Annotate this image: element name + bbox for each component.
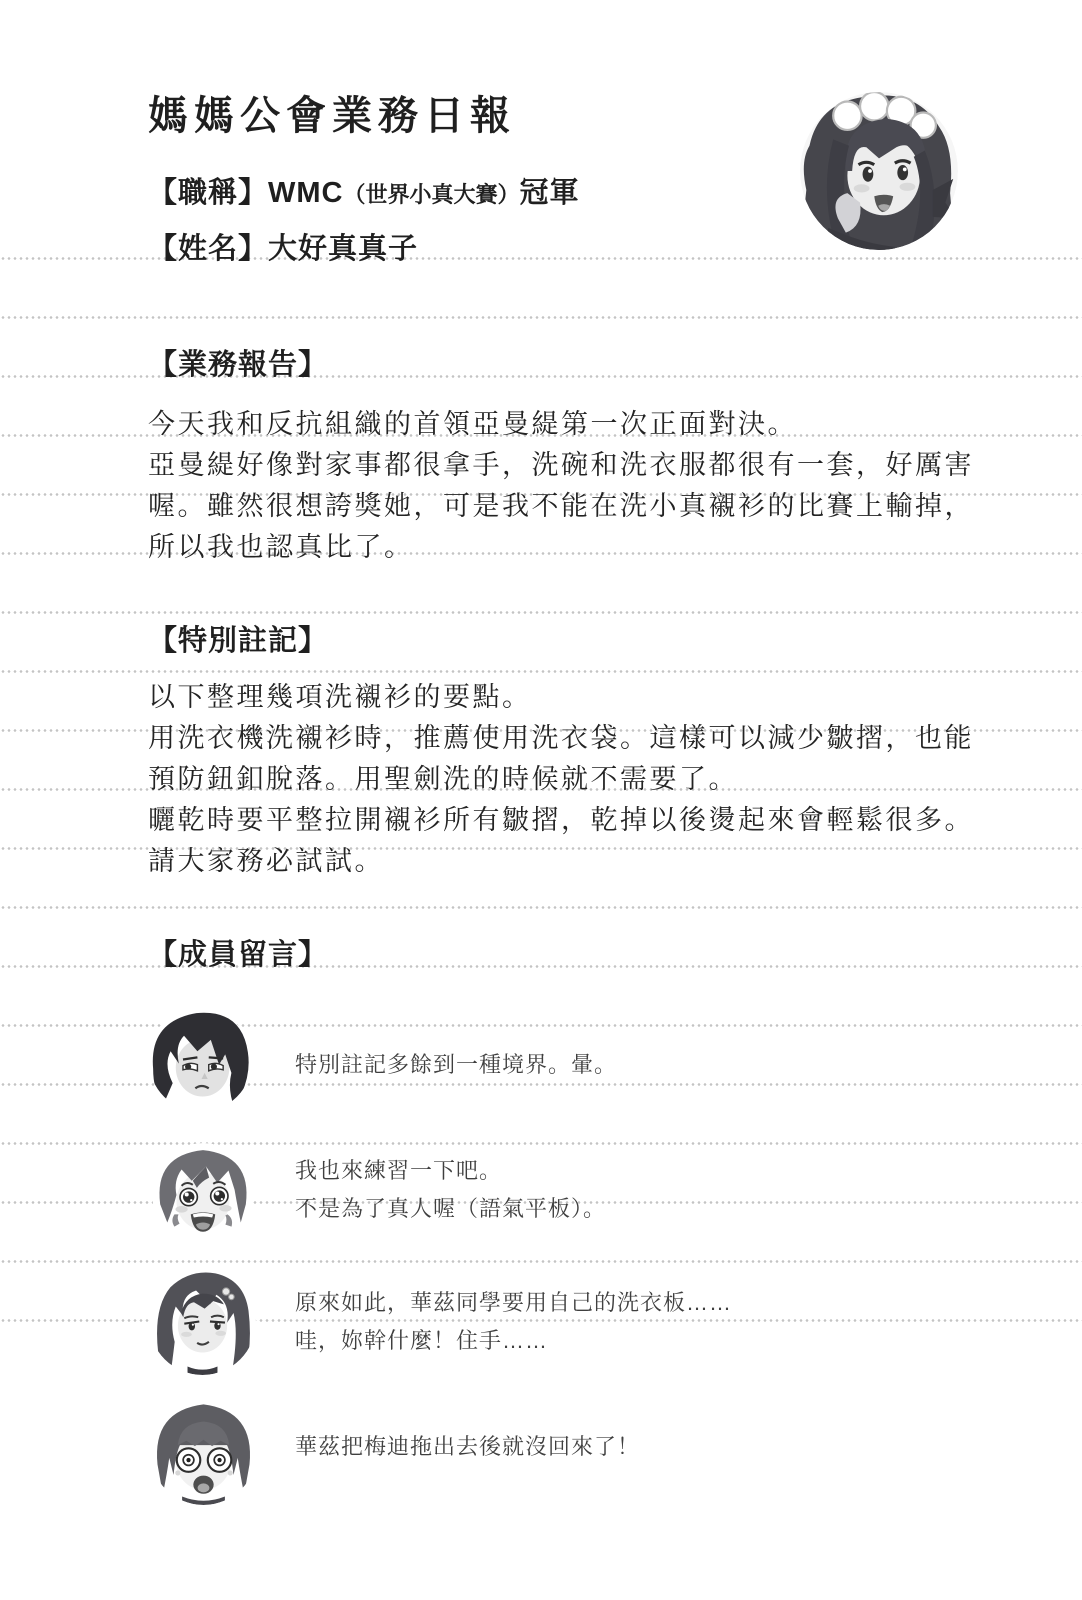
report-line: 喔。雖然很想誇獎她，可是我不能在洗小真襯衫的比賽上輸掉，: [148, 486, 974, 527]
guild-daily-report-page: 媽媽公會業務日報 【職稱】WMC（世界小真大賽）冠軍 【姓名】大好真真子: [0, 0, 1082, 1600]
cheerful-bob-member-icon: [152, 1143, 254, 1245]
name-row: 【姓名】大好真真子: [148, 226, 418, 267]
name-value: 大好真真子: [268, 233, 418, 265]
comment-2: 我也來練習一下吧。 不是為了真人喔（語氣平板）。: [295, 1152, 606, 1228]
comment-line: 原來如此，華茲同學要用自己的洗衣板……: [295, 1284, 732, 1322]
comment-line: 不是為了真人喔（語氣平板）。: [295, 1190, 606, 1228]
notes-body: 以下整理幾項洗襯衫的要點。 用洗衣機洗襯衫時，推薦使用洗衣袋。這樣可以減少皺摺，…: [148, 677, 974, 882]
page-title: 媽媽公會業務日報: [148, 84, 516, 141]
comment-3: 原來如此，華茲同學要用自己的洗衣板…… 哇，妳幹什麼！住手……: [295, 1284, 732, 1360]
maid-girl-portrait-icon: [800, 92, 958, 250]
short-dark-hair-member-icon: [149, 1009, 252, 1112]
notes-line: 預防鈕釦脫落。用聖劍洗的時候就不需要了。: [148, 759, 974, 800]
role-value: WMC: [268, 177, 343, 209]
comment-line: 華茲把梅迪拖出去後就沒回來了！: [295, 1428, 640, 1466]
report-heading: 【業務報告】: [148, 342, 328, 383]
comment-1: 特別註記多餘到一種境界。暈。: [295, 1046, 617, 1084]
author-avatar-maid-girl: [800, 92, 958, 250]
report-line: 所以我也認真比了。: [148, 527, 974, 568]
member-avatar-1: [149, 1009, 252, 1112]
comments-heading: 【成員留言】: [148, 932, 328, 973]
notes-line: 用洗衣機洗襯衫時，推薦使用洗衣袋。這樣可以減少皺摺，也能: [148, 718, 974, 759]
member-avatar-4: [150, 1398, 257, 1505]
member-avatar-2: [152, 1143, 254, 1245]
role-detail: （世界小真大賽）: [344, 182, 520, 207]
long-hair-smiling-member-icon: [149, 1268, 256, 1375]
role-rank: 冠軍: [520, 177, 580, 209]
report-line: 今天我和反抗組織的首領亞曼緹第一次正面對決。: [148, 404, 974, 445]
report-line: 亞曼緹好像對家事都很拿手，洗碗和洗衣服都很有一套，好厲害: [148, 445, 974, 486]
wide-eyed-member-icon: [150, 1398, 257, 1505]
notes-heading: 【特別註記】: [148, 618, 328, 659]
role-row: 【職稱】WMC（世界小真大賽）冠軍: [148, 170, 580, 211]
member-avatar-3: [149, 1268, 256, 1375]
report-body: 今天我和反抗組織的首領亞曼緹第一次正面對決。 亞曼緹好像對家事都很拿手，洗碗和洗…: [148, 404, 974, 568]
role-label: 【職稱】: [148, 177, 268, 209]
comment-line: 哇，妳幹什麼！住手……: [295, 1322, 732, 1360]
notes-line: 請大家務必試試。: [148, 841, 974, 882]
name-label: 【姓名】: [148, 233, 268, 265]
comment-4: 華茲把梅迪拖出去後就沒回來了！: [295, 1428, 640, 1466]
notes-line: 以下整理幾項洗襯衫的要點。: [148, 677, 974, 718]
notes-line: 曬乾時要平整拉開襯衫所有皺摺，乾掉以後燙起來會輕鬆很多。: [148, 800, 974, 841]
comment-line: 我也來練習一下吧。: [295, 1152, 606, 1190]
comment-line: 特別註記多餘到一種境界。暈。: [295, 1046, 617, 1084]
